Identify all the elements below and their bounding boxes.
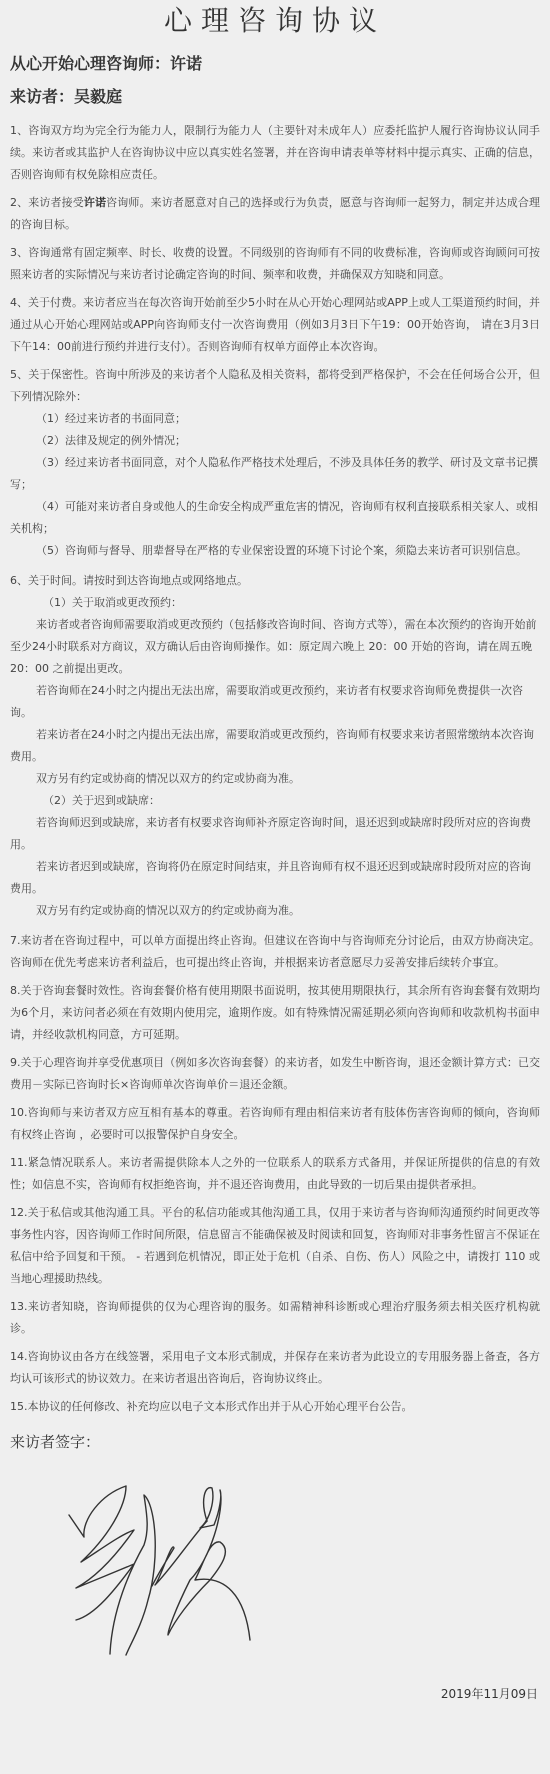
- signature-label: 来访者签字：: [10, 1432, 540, 1452]
- clause-6-sub1-item: 来访者或者咨询师需要取消或更改预约（包括修改咨询时间、咨询方式等），需在本次预约…: [10, 614, 540, 680]
- clause-9: 9.关于心理咨询并享受优惠项目（例如多次咨询套餐）的来访者，如发生中断咨询，退还…: [10, 1052, 540, 1096]
- clause-5-item: （4）可能对来访者自身或他人的生命安全构成严重危害的情况，咨询师有权利直接联系相…: [10, 496, 540, 540]
- clause-6-sub2-title: （2）关于迟到或缺席：: [10, 790, 540, 812]
- clause-10: 10.咨询师与来访者双方应互相有基本的尊重。若咨询师有理由相信来访者有肢体伤害咨…: [10, 1102, 540, 1146]
- clause-11: 11.紧急情况联系人。来访者需提供除本人之外的一位联系人的联系方式备用，并保证所…: [10, 1152, 540, 1196]
- clause-15: 15.本协议的任何修改、补充均应以电子文本形式作出并于从心开始心理平台公告。: [10, 1396, 540, 1418]
- clause-5-item: （3）经过来访者书面同意，对个人隐私作严格技术处理后，不涉及具体任务的教学、研讨…: [10, 452, 540, 496]
- clause-5-item: （1）经过来访者的书面同意；: [10, 408, 540, 430]
- agreement-page: 心理咨询协议 从心开始心理咨询师：许诺 来访者：吴毅庭 1、咨询双方均为完全行为…: [0, 0, 550, 1452]
- clause-12: 12.关于私信或其他沟通工具。平台的私信功能或其他沟通工具，仅用于来访者与咨询师…: [10, 1202, 540, 1290]
- clauses: 1、咨询双方均为完全行为能力人，限制行为能力人（主要针对未成年人）应委托监护人履…: [10, 120, 540, 1418]
- clause-6-sub2-item: 双方另有约定或协商的情况以双方的约定或协商为准。: [10, 900, 540, 922]
- counselor-line: 从心开始心理咨询师：许诺: [10, 54, 540, 74]
- clause-6-sub2-item: 若咨询师迟到或缺席，来访者有权要求咨询师补齐原定咨询时间，退还迟到或缺席时段所对…: [10, 812, 540, 856]
- clause-6-sub2-item: 若来访者迟到或缺席，咨询将仍在原定时间结束，并且咨询师有权不退还迟到或缺席时段所…: [10, 856, 540, 900]
- clause-5-section: 5、关于保密性。咨询中所涉及的来访者个人隐私及相关资料，都将受到严格保护，不会在…: [10, 364, 540, 562]
- clause-6-sub1-item: 双方另有约定或协商的情况以双方的约定或协商为准。: [10, 768, 540, 790]
- clause-6-section: 6、关于时间。请按时到达咨询地点或网络地点。 （1）关于取消或更改预约： 来访者…: [10, 570, 540, 922]
- visitor-line: 来访者：吴毅庭: [10, 87, 540, 107]
- clause-5: 5、关于保密性。咨询中所涉及的来访者个人隐私及相关资料，都将受到严格保护，不会在…: [10, 364, 540, 408]
- clause-6-sub1-title: （1）关于取消或更改预约：: [10, 592, 540, 614]
- clause-14: 14.咨询协议由各方在线签署，采用电子文本形式制成，并保存在来访者为此设立的专用…: [10, 1346, 540, 1390]
- clause-2-pre: 2、来访者接受: [10, 196, 84, 209]
- page-title: 心理咨询协议: [10, 0, 540, 44]
- clause-13: 13.来访者知晓，咨询师提供的仅为心理咨询的服务。如需精神科诊断或心理治疗服务须…: [10, 1296, 540, 1340]
- clause-3: 3、咨询通常有固定频率、时长、收费的设置。不同级别的咨询师有不同的收费标准，咨询…: [10, 242, 540, 286]
- sign-date: 2019年11月09日: [441, 1685, 538, 1702]
- clause-6-sub1-item: 若来访者在24小时之内提出无法出席，需要取消或更改预约，咨询师有权要求来访者照常…: [10, 724, 540, 768]
- clause-5-item: （5）咨询师与督导、朋辈督导在严格的专业保密设置的环境下讨论个案，须隐去来访者可…: [10, 540, 540, 562]
- clause-4: 4、关于付费。来访者应当在每次咨询开始前至少5小时在从心开始心理网站或APP上或…: [10, 292, 540, 358]
- clause-8: 8.关于咨询套餐时效性。咨询套餐价格有使用期限书面说明，按其使用期限执行，其余所…: [10, 980, 540, 1046]
- handwritten-signature: [60, 1480, 290, 1680]
- clause-2: 2、来访者接受许诺咨询师。来访者愿意对自己的选择或行为负责，愿意与咨询师一起努力…: [10, 192, 540, 236]
- signature-icon: [60, 1480, 290, 1680]
- counselor-name-bold: 许诺: [84, 196, 106, 209]
- clause-6: 6、关于时间。请按时到达咨询地点或网络地点。: [10, 570, 540, 592]
- clause-1: 1、咨询双方均为完全行为能力人，限制行为能力人（主要针对未成年人）应委托监护人履…: [10, 120, 540, 186]
- clause-6-sub1-item: 若咨询师在24小时之内提出无法出席，需要取消或更改预约，来访者有权要求咨询师免费…: [10, 680, 540, 724]
- clause-7: 7.来访者在咨询过程中，可以单方面提出终止咨询。但建议在咨询中与咨询师充分讨论后…: [10, 930, 540, 974]
- clause-5-item: （2）法律及规定的例外情况；: [10, 430, 540, 452]
